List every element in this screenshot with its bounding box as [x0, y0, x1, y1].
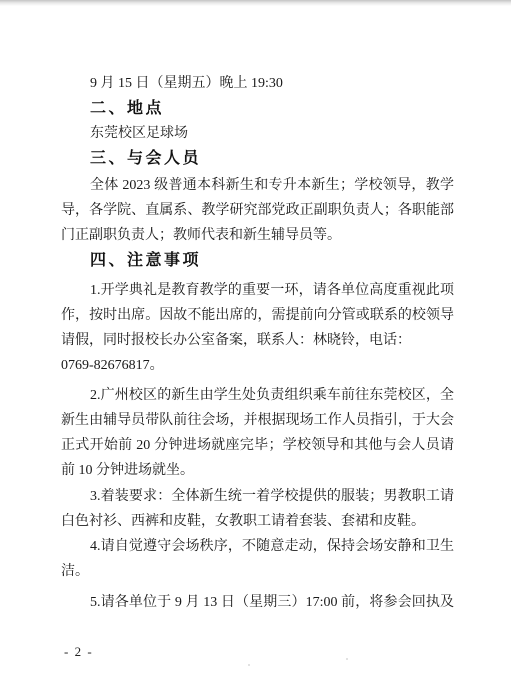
document-line: 全体 2023 级普通本科新生和专升本新生；学校领导，教学督: [61, 173, 454, 198]
scan-speck: [248, 664, 250, 666]
document-line: 东莞校区足球场: [61, 121, 454, 146]
document-body: 9 月 15 日（星期五）晚上 19:30二、地点东莞校区足球场三、与会人员全体…: [61, 71, 454, 615]
document-line: 三、与会人员: [61, 146, 454, 171]
scan-speck: [346, 658, 348, 660]
section-heading: 四、注意事项: [61, 248, 454, 273]
scanned-page-top-edge: [0, 0, 511, 6]
document-line: 2.广州校区的新生由学生处负责组织乘车前往东莞校区，全体: [61, 383, 454, 408]
document-line: 9 月 15 日（星期五）晚上 19:30: [61, 71, 454, 96]
document-line: 4.请自觉遵守会场秩序，不随意走动，保持会场安静和卫生整: [61, 534, 454, 559]
document-line: 5.请各单位于 9 月 13 日（星期三）17:00 前，将参会回执及乘: [61, 590, 454, 615]
paragraph: 全体 2023 级普通本科新生和专升本新生；学校领导，教学督导，各学院、直属系、…: [61, 173, 454, 248]
document-line: 前 10 分钟进场就坐。: [61, 458, 454, 483]
document-line: 1.开学典礼是教育教学的重要一环，请各单位高度重视此项工: [61, 278, 454, 303]
document-line: 导，各学院、直属系、教学研究部党政正副职负责人；各职能部: [61, 198, 454, 223]
document-line: 洁。: [61, 559, 454, 584]
document-line: 3.着装要求：全体新生统一着学校提供的服装；男教职工请着: [61, 484, 454, 509]
paragraph: 1.开学典礼是教育教学的重要一环，请各单位高度重视此项工作，按时出席。因故不能出…: [61, 278, 454, 378]
document-line: 二、地点: [61, 96, 454, 121]
document-page: 9 月 15 日（星期五）晚上 19:30二、地点东莞校区足球场三、与会人员全体…: [0, 0, 511, 693]
document-line: 0769-82676817。: [61, 353, 454, 378]
paragraph: 5.请各单位于 9 月 13 日（星期三）17:00 前，将参会回执及乘: [61, 590, 454, 615]
document-line: 请假，同时报校长办公室备案，联系人：林晓铃，电话：: [61, 328, 454, 353]
document-line: 新生由辅导员带队前往会场，并根据现场工作人员指引，于大会: [61, 408, 454, 433]
document-line: 门正副职负责人；教师代表和新生辅导员等。: [61, 223, 454, 248]
document-line: 四、注意事项: [61, 248, 454, 273]
paragraph: 2.广州校区的新生由学生处负责组织乘车前往东莞校区，全体新生由辅导员带队前往会场…: [61, 383, 454, 483]
section-heading: 二、地点: [61, 96, 454, 121]
document-line: 正式开始前 20 分钟进场就座完毕；学校领导和其他与会人员请提: [61, 433, 454, 458]
paragraph: 3.着装要求：全体新生统一着学校提供的服装；男教职工请着白色衬衫、西裤和皮鞋，女…: [61, 484, 454, 534]
paragraph: 4.请自觉遵守会场秩序，不随意走动，保持会场安静和卫生整洁。: [61, 534, 454, 584]
section-heading: 三、与会人员: [61, 146, 454, 171]
paragraph: 9 月 15 日（星期五）晚上 19:30: [61, 71, 454, 96]
page-number: - 2 -: [64, 644, 93, 660]
paragraph: 东莞校区足球场: [61, 121, 454, 146]
document-line: 白色衬衫、西裤和皮鞋，女教职工请着套装、套裙和皮鞋。: [61, 509, 454, 534]
document-line: 作，按时出席。因故不能出席的，需提前向分管或联系的校领导: [61, 303, 454, 328]
